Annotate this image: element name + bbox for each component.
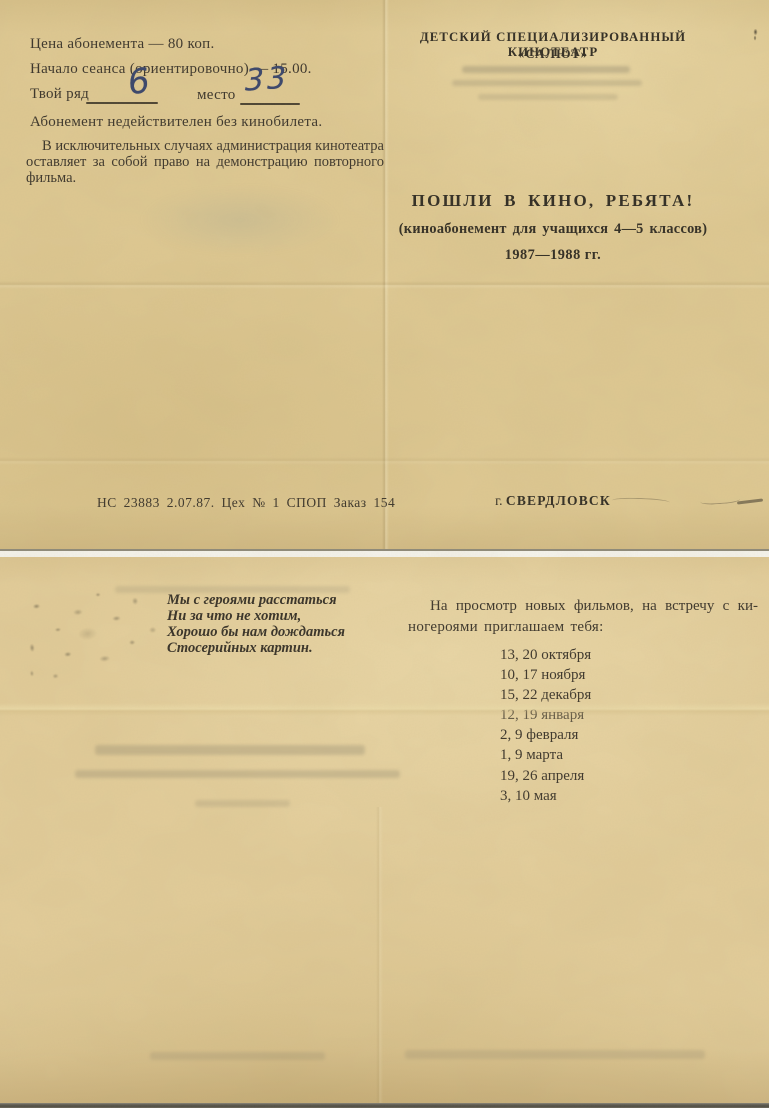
scan-vignette <box>0 993 769 1103</box>
fold-crease-horizontal <box>0 457 769 465</box>
date-item: 19, 26 апреля <box>500 766 591 786</box>
date-item: 10, 17 ноября <box>500 665 591 685</box>
date-item: 2, 9 февраля <box>500 725 591 745</box>
booklet-subtitle: (киноабонемент для учащихся 4—5 классов) <box>393 221 713 238</box>
ghost-text <box>405 1050 705 1059</box>
print-info-line: НС 23883 2.07.87. Цех № 1 СПОП Заказ 154 <box>97 495 395 511</box>
ghost-text <box>95 745 365 755</box>
page-front: Цена абонемента — 80 коп. Начало сеанса … <box>0 0 769 549</box>
ghost-text <box>478 94 618 100</box>
screening-dates-list: 13, 20 октября 10, 17 ноября 15, 22 дека… <box>500 645 591 806</box>
date-item: 13, 20 октября <box>500 645 591 665</box>
seat-value-handwritten: 33 <box>245 60 289 98</box>
booklet-years: 1987—1988 гг. <box>393 247 713 264</box>
validity-line: Абонемент недействителен без кинобилета. <box>30 114 322 131</box>
poem-line: Мы с героями расстаться <box>167 592 337 609</box>
scanned-document: Цена абонемента — 80 коп. Начало сеанса … <box>0 0 769 1108</box>
fold-crease-horizontal <box>0 281 769 289</box>
invitation-line1: На просмотр новых фильмов, на встречу с … <box>408 598 758 615</box>
seat-underline <box>240 103 300 105</box>
pencil-scribble <box>737 498 763 504</box>
scan-bottom-edge <box>0 1103 769 1108</box>
cinema-name-line2: «САЛЮТ» <box>393 47 713 62</box>
seat-label: место <box>197 87 236 104</box>
fold-crease-vertical <box>376 807 383 1103</box>
fold-crease-horizontal <box>0 703 769 716</box>
ghost-smudge <box>140 185 340 255</box>
poem-line: Стосерийных картин. <box>167 640 313 657</box>
ghost-text <box>150 1052 325 1060</box>
page-back: Мы с героями расстаться Ни за что не хот… <box>0 557 769 1103</box>
row-underline <box>86 102 158 104</box>
date-item: 1, 9 марта <box>500 745 591 765</box>
price-line: Цена абонемента — 80 коп. <box>30 36 215 53</box>
city-name: СВЕРДЛОВСК <box>506 493 611 508</box>
fold-crease-vertical <box>382 0 389 549</box>
ghost-text <box>75 770 400 778</box>
invitation-line2: ногероями приглашаем тебя: <box>408 619 604 636</box>
faded-stamp-illustration <box>17 573 172 690</box>
ghost-text <box>462 66 630 73</box>
booklet-title: ПОШЛИ В КИНО, РЕБЯТА! <box>393 191 713 211</box>
row-value-handwritten: 6 <box>126 61 152 103</box>
poem-line: Хорошо бы нам дождаться <box>167 624 345 641</box>
row-label: Твой ряд <box>30 86 89 103</box>
ghost-text <box>452 80 642 86</box>
ink-mark <box>753 29 758 41</box>
ghost-text <box>195 800 290 807</box>
poem-line: Ни за что не хотим, <box>167 608 301 625</box>
scan-page-gap <box>0 549 769 557</box>
city-prefix: г. <box>495 493 502 508</box>
note-paragraph: В исключительных случаях администрация к… <box>26 139 384 186</box>
date-item: 3, 10 мая <box>500 786 591 806</box>
